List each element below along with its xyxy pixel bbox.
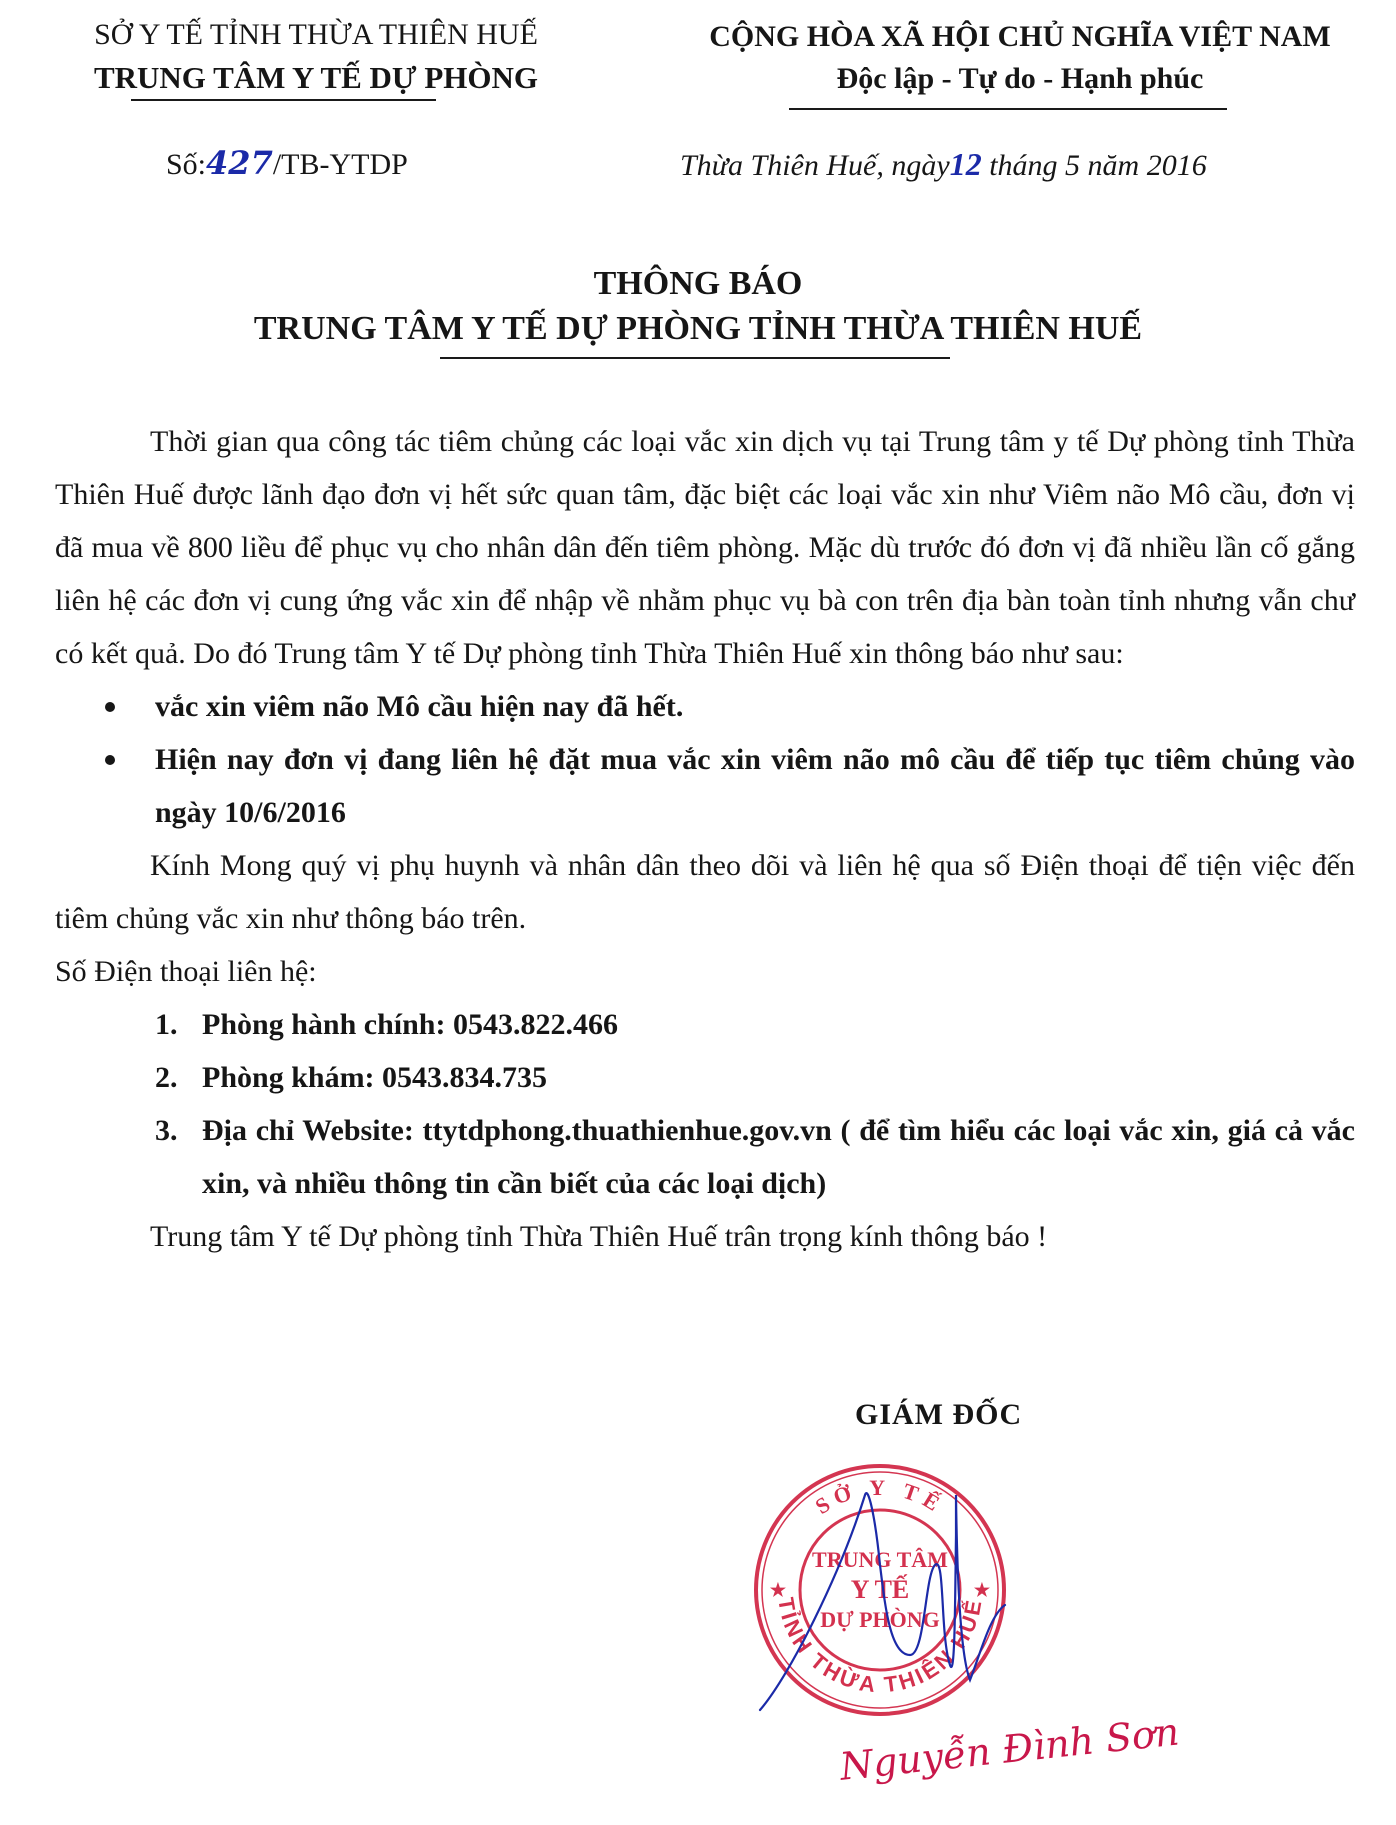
intro-paragraph: Thời gian qua công tác tiêm chủng các lo… (55, 415, 1355, 680)
contact-item: 2.Phòng khám: 0543.834.735 (55, 1051, 1355, 1104)
document-subject-title: TRUNG TÂM Y TẾ DỰ PHÒNG TỈNH THỪA THIÊN … (0, 310, 1396, 348)
svg-text:★: ★ (974, 1580, 991, 1600)
svg-text:★: ★ (770, 1580, 787, 1600)
date-prefix: Thừa Thiên Huế, ngày (680, 149, 950, 182)
stamp-inner-line2: Y TẾ (851, 1575, 910, 1604)
contact-item: 1.Phòng hành chính: 0543.822.466 (55, 998, 1355, 1051)
document-type-title: THÔNG BÁO (0, 265, 1396, 303)
bullet-icon (105, 702, 115, 712)
document-number-suffix: /TB-YTDP (273, 148, 408, 181)
contact-item: 3.Địa chỉ Website: ttytdphong.thuathienh… (55, 1104, 1355, 1210)
ministry-name: SỞ Y TẾ TỈNH THỪA THIÊN HUẾ (36, 18, 596, 52)
contact-heading: Số Điện thoại liên hệ: (55, 945, 1355, 998)
request-paragraph: Kính Mong quý vị phụ huynh và nhân dân t… (55, 839, 1355, 945)
agency-underline (131, 99, 436, 101)
motto-underline (789, 108, 1227, 110)
document-number-handwritten: 427 (206, 144, 273, 182)
nation-name: CỘNG HÒA XÃ HỘI CHỦ NGHĨA VIỆT NAM (650, 20, 1390, 54)
bullet-item: vắc xin viêm não Mô cầu hiện nay đã hết. (55, 680, 1355, 733)
agency-name: TRUNG TÂM Y TẾ DỰ PHÒNG (36, 60, 596, 96)
bullet-item: Hiện nay đơn vị đang liên hệ đặt mua vắc… (55, 733, 1355, 839)
date-day-handwritten: 12 (950, 146, 982, 182)
official-stamp-icon: SỞ Y TẾ TỈNH THỪA THIÊN HUẾ TRUNG TÂM Y … (750, 1455, 1010, 1725)
closing-line: Trung tâm Y tế Dự phòng tỉnh Thừa Thiên … (55, 1210, 1355, 1263)
title-underline (440, 357, 950, 359)
bullet-icon (105, 755, 115, 765)
document-number: Số:427/TB-YTDP (166, 144, 408, 182)
issue-date: Thừa Thiên Huế, ngày12 tháng 5 năm 2016 (680, 146, 1207, 183)
date-suffix: tháng 5 năm 2016 (982, 149, 1207, 182)
document-number-prefix: Số: (166, 148, 206, 181)
national-motto: Độc lập - Tự do - Hạnh phúc (650, 62, 1390, 96)
signer-title: GIÁM ĐỐC (855, 1398, 1022, 1432)
announcement-bullets: vắc xin viêm não Mô cầu hiện nay đã hết.… (55, 680, 1355, 839)
contact-list: 1.Phòng hành chính: 0543.822.466 2.Phòng… (55, 998, 1355, 1210)
document-body: Thời gian qua công tác tiêm chủng các lo… (55, 415, 1355, 1263)
